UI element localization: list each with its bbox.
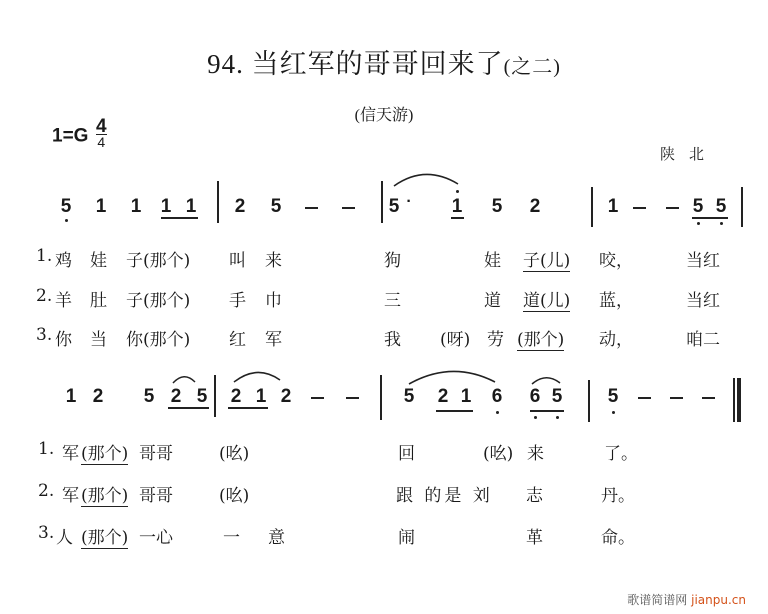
note: 1 — [186, 196, 197, 218]
lyric: 一心 — [139, 523, 173, 548]
note: 5 — [197, 386, 208, 408]
note: 5 — [693, 196, 704, 218]
slur — [407, 368, 497, 386]
bar-line — [588, 380, 590, 422]
lyric: 志 — [526, 481, 543, 506]
lyric: 娃 — [484, 246, 501, 271]
extension-dash — [670, 397, 683, 399]
note: 2 — [438, 386, 449, 408]
note: 2 — [171, 386, 182, 408]
slur — [531, 375, 561, 385]
lyric: 我 — [384, 325, 401, 350]
extension-dash — [638, 397, 651, 399]
lyric: (那个) — [81, 523, 128, 549]
low-octave-dot — [720, 222, 723, 225]
lyric: (那个) — [81, 439, 128, 465]
note: 6 — [492, 386, 503, 408]
lyric: 巾 — [265, 286, 282, 311]
slur — [392, 170, 462, 188]
lyric: 军 — [62, 481, 79, 506]
lyric: 闹 — [398, 523, 415, 548]
time-numerator: 4 — [96, 120, 107, 135]
bar-line — [741, 187, 743, 227]
time-signature: 4 4 — [96, 120, 107, 149]
note: 2 — [281, 386, 292, 408]
final-bar-thin — [733, 378, 735, 422]
lyric: 回 — [398, 439, 415, 464]
note: 5 — [552, 386, 563, 408]
lyric: 叫 — [229, 246, 246, 271]
note: 1 — [461, 386, 472, 408]
lyric: 娃 — [90, 246, 107, 271]
lyric: 了。 — [604, 439, 638, 464]
lyric: 子(那个) — [126, 286, 190, 311]
eighth-underline — [436, 410, 473, 412]
lyric: 跟 的是 刘 — [396, 481, 493, 506]
slur — [172, 374, 196, 384]
extension-dash — [342, 207, 355, 209]
note: 5 — [389, 196, 400, 218]
lyric: 军 — [62, 439, 79, 464]
extension-dash — [311, 397, 324, 399]
origin-region: 陕北 — [660, 143, 718, 164]
eighth-underline — [451, 217, 464, 219]
lyric: 一 — [223, 523, 240, 548]
verse-number: 3. — [38, 523, 54, 543]
extension-dash — [666, 207, 679, 209]
watermark: 歌谱简谱网 jianpu.cn — [627, 591, 746, 608]
verse-number: 1. — [36, 246, 52, 266]
song-title: 94. 当红军的哥哥回来了(之二) — [0, 42, 768, 81]
note: 5 — [716, 196, 727, 218]
key-text: 1=G — [52, 126, 88, 147]
lyric: 哥哥 — [139, 439, 173, 464]
time-denominator: 4 — [96, 135, 107, 149]
bar-line — [591, 187, 593, 227]
note: 5 — [271, 196, 282, 218]
lyric: (那个) — [517, 325, 564, 351]
lyric: (那个) — [81, 481, 128, 507]
verse-number: 2. — [36, 286, 52, 306]
lyric: 肚 — [90, 286, 107, 311]
song-subtitle: (之二) — [504, 56, 561, 78]
lyric: 军 — [265, 325, 282, 350]
note: 1 — [452, 196, 463, 218]
lyric: 蓝， — [599, 286, 633, 311]
note: 1 — [66, 386, 77, 408]
eighth-underline — [161, 217, 198, 219]
note: 2 — [235, 196, 246, 218]
lyric: 道 — [484, 286, 501, 311]
low-octave-dot — [612, 411, 615, 414]
low-octave-dot — [697, 222, 700, 225]
lyric: 子(儿) — [523, 246, 570, 272]
extension-dash — [346, 397, 359, 399]
bar-line — [381, 181, 383, 223]
note: 5 — [608, 386, 619, 408]
lyric: 革 — [526, 523, 543, 548]
note: 2 — [530, 196, 541, 218]
verse-number: 2. — [38, 481, 54, 501]
verse-number: 1. — [38, 439, 54, 459]
lyric: (吆) — [483, 439, 513, 464]
low-octave-dot — [496, 411, 499, 414]
lyric: 手 — [229, 286, 246, 311]
lyric: (呀) — [440, 325, 470, 350]
note: 1 — [131, 196, 142, 218]
note: 5 — [492, 196, 503, 218]
slur — [232, 368, 282, 384]
lyric: 来 — [527, 439, 544, 464]
lyric: 当红 — [686, 286, 720, 311]
eighth-underline — [168, 407, 209, 409]
lyric: 鸡 — [55, 246, 72, 271]
lyric: 咱二 — [686, 325, 720, 350]
watermark-site-name: 歌谱简谱网 — [627, 593, 687, 607]
low-octave-dot — [556, 416, 559, 419]
lyric: 咬， — [599, 246, 633, 271]
lyric: 人 — [56, 523, 73, 548]
note: 5 — [61, 196, 72, 218]
note: 1 — [256, 386, 267, 408]
lyric: (吆) — [219, 481, 249, 506]
eighth-underline — [228, 407, 268, 409]
lyric: 狗 — [384, 246, 401, 271]
extension-dash — [633, 207, 646, 209]
low-octave-dot — [65, 219, 68, 222]
final-bar-thick — [737, 378, 741, 422]
lyric: 子(那个) — [126, 246, 190, 271]
watermark-url: jianpu.cn — [691, 593, 746, 607]
lyric: 劳 — [487, 325, 504, 350]
song-title-text: 当红军的哥哥回来了 — [252, 49, 504, 79]
note: 1 — [161, 196, 172, 218]
verse-number: 3. — [36, 325, 52, 345]
lyric: 羊 — [55, 286, 72, 311]
lyric: (吆) — [219, 439, 249, 464]
song-number: 94. — [207, 49, 244, 79]
key-signature: 1=G 4 4 — [52, 123, 107, 152]
high-octave-dot — [456, 190, 459, 193]
bar-line — [217, 181, 219, 223]
lyric: 当 — [90, 325, 107, 350]
note: 2 — [93, 386, 104, 408]
dot-augment: · — [406, 193, 411, 211]
lyric: 丹。 — [601, 481, 635, 506]
lyric: 命。 — [601, 523, 635, 548]
lyric: 你(那个) — [126, 325, 190, 350]
eighth-underline — [530, 410, 564, 412]
lyric: 哥哥 — [139, 481, 173, 506]
lyric: 当红 — [686, 246, 720, 271]
bar-line — [380, 375, 382, 420]
note: 1 — [96, 196, 107, 218]
lyric: 你 — [55, 325, 72, 350]
lyric: 动， — [599, 325, 633, 350]
bar-line — [214, 375, 216, 417]
extension-dash — [305, 207, 318, 209]
eighth-underline — [692, 217, 728, 219]
low-octave-dot — [534, 416, 537, 419]
note: 1 — [608, 196, 619, 218]
lyric: 红 — [229, 325, 246, 350]
note: 6 — [530, 386, 541, 408]
lyric: 道(儿) — [523, 286, 570, 312]
lyric: 意 — [268, 523, 285, 548]
lyric: 来 — [265, 246, 282, 271]
lyric: 三 — [384, 286, 401, 311]
note: 5 — [144, 386, 155, 408]
note: 2 — [231, 386, 242, 408]
tune-name: (信天游) — [0, 102, 768, 125]
note: 5 — [404, 386, 415, 408]
extension-dash — [702, 397, 715, 399]
